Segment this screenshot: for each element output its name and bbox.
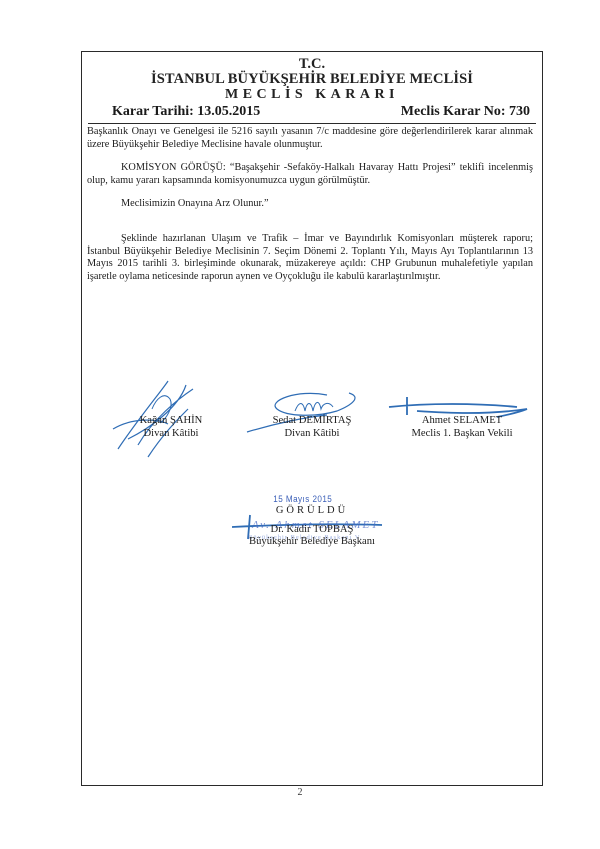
- stamp-date: 15 Mayıs 2015: [273, 493, 332, 506]
- signatory-title: Meclis 1. Başkan Vekili: [387, 428, 537, 441]
- paragraph-commission-opinion: KOMİSYON GÖRÜŞÜ: “Başakşehir -Sefaköy-Ha…: [87, 162, 533, 187]
- paragraph-referral: Başkanlık Onayı ve Genelgesi ile 5216 sa…: [87, 126, 533, 151]
- signatory-title: Divan Kâtibi: [96, 428, 246, 441]
- page-number: 2: [0, 787, 600, 798]
- signature-block-1: Kağan ŞAHİN Divan Kâtibi: [96, 415, 246, 440]
- decision-number: Meclis Karar No: 730: [401, 104, 530, 120]
- document-title: MECLİS KARARI: [82, 87, 542, 103]
- paragraph-submission: Meclisimizin Onayına Arz Olunur.”: [87, 198, 533, 211]
- signatory-title: Divan Kâtibi: [237, 428, 387, 441]
- signature-block-2: Sedat DEMİRTAŞ Divan Kâtibi: [237, 415, 387, 440]
- document-frame: T.C. İSTANBUL BÜYÜKŞEHİR BELEDİYE MECLİS…: [81, 51, 543, 786]
- signatory-name: Kağan ŞAHİN: [96, 415, 246, 428]
- mayor-title: Büyükşehir Belediye Başkanı: [222, 536, 402, 549]
- paragraph-decision: Şeklinde hazırlanan Ulaşım ve Trafik – İ…: [87, 233, 533, 283]
- mayor-name: Dr. Kadir TOPBAŞ: [222, 524, 402, 537]
- decision-meta-row: Karar Tarihi: 13.05.2015 Meclis Karar No…: [88, 104, 536, 124]
- decision-date: Karar Tarihi: 13.05.2015: [112, 104, 260, 120]
- seen-label: GÖRÜLDÜ: [222, 505, 402, 518]
- signatory-name: Sedat DEMİRTAŞ: [237, 415, 387, 428]
- signatory-name: Ahmet SELAMET: [387, 415, 537, 428]
- header-organization: İSTANBUL BÜYÜKŞEHİR BELEDİYE MECLİSİ: [82, 71, 542, 88]
- signature-block-3: Ahmet SELAMET Meclis 1. Başkan Vekili: [387, 415, 537, 440]
